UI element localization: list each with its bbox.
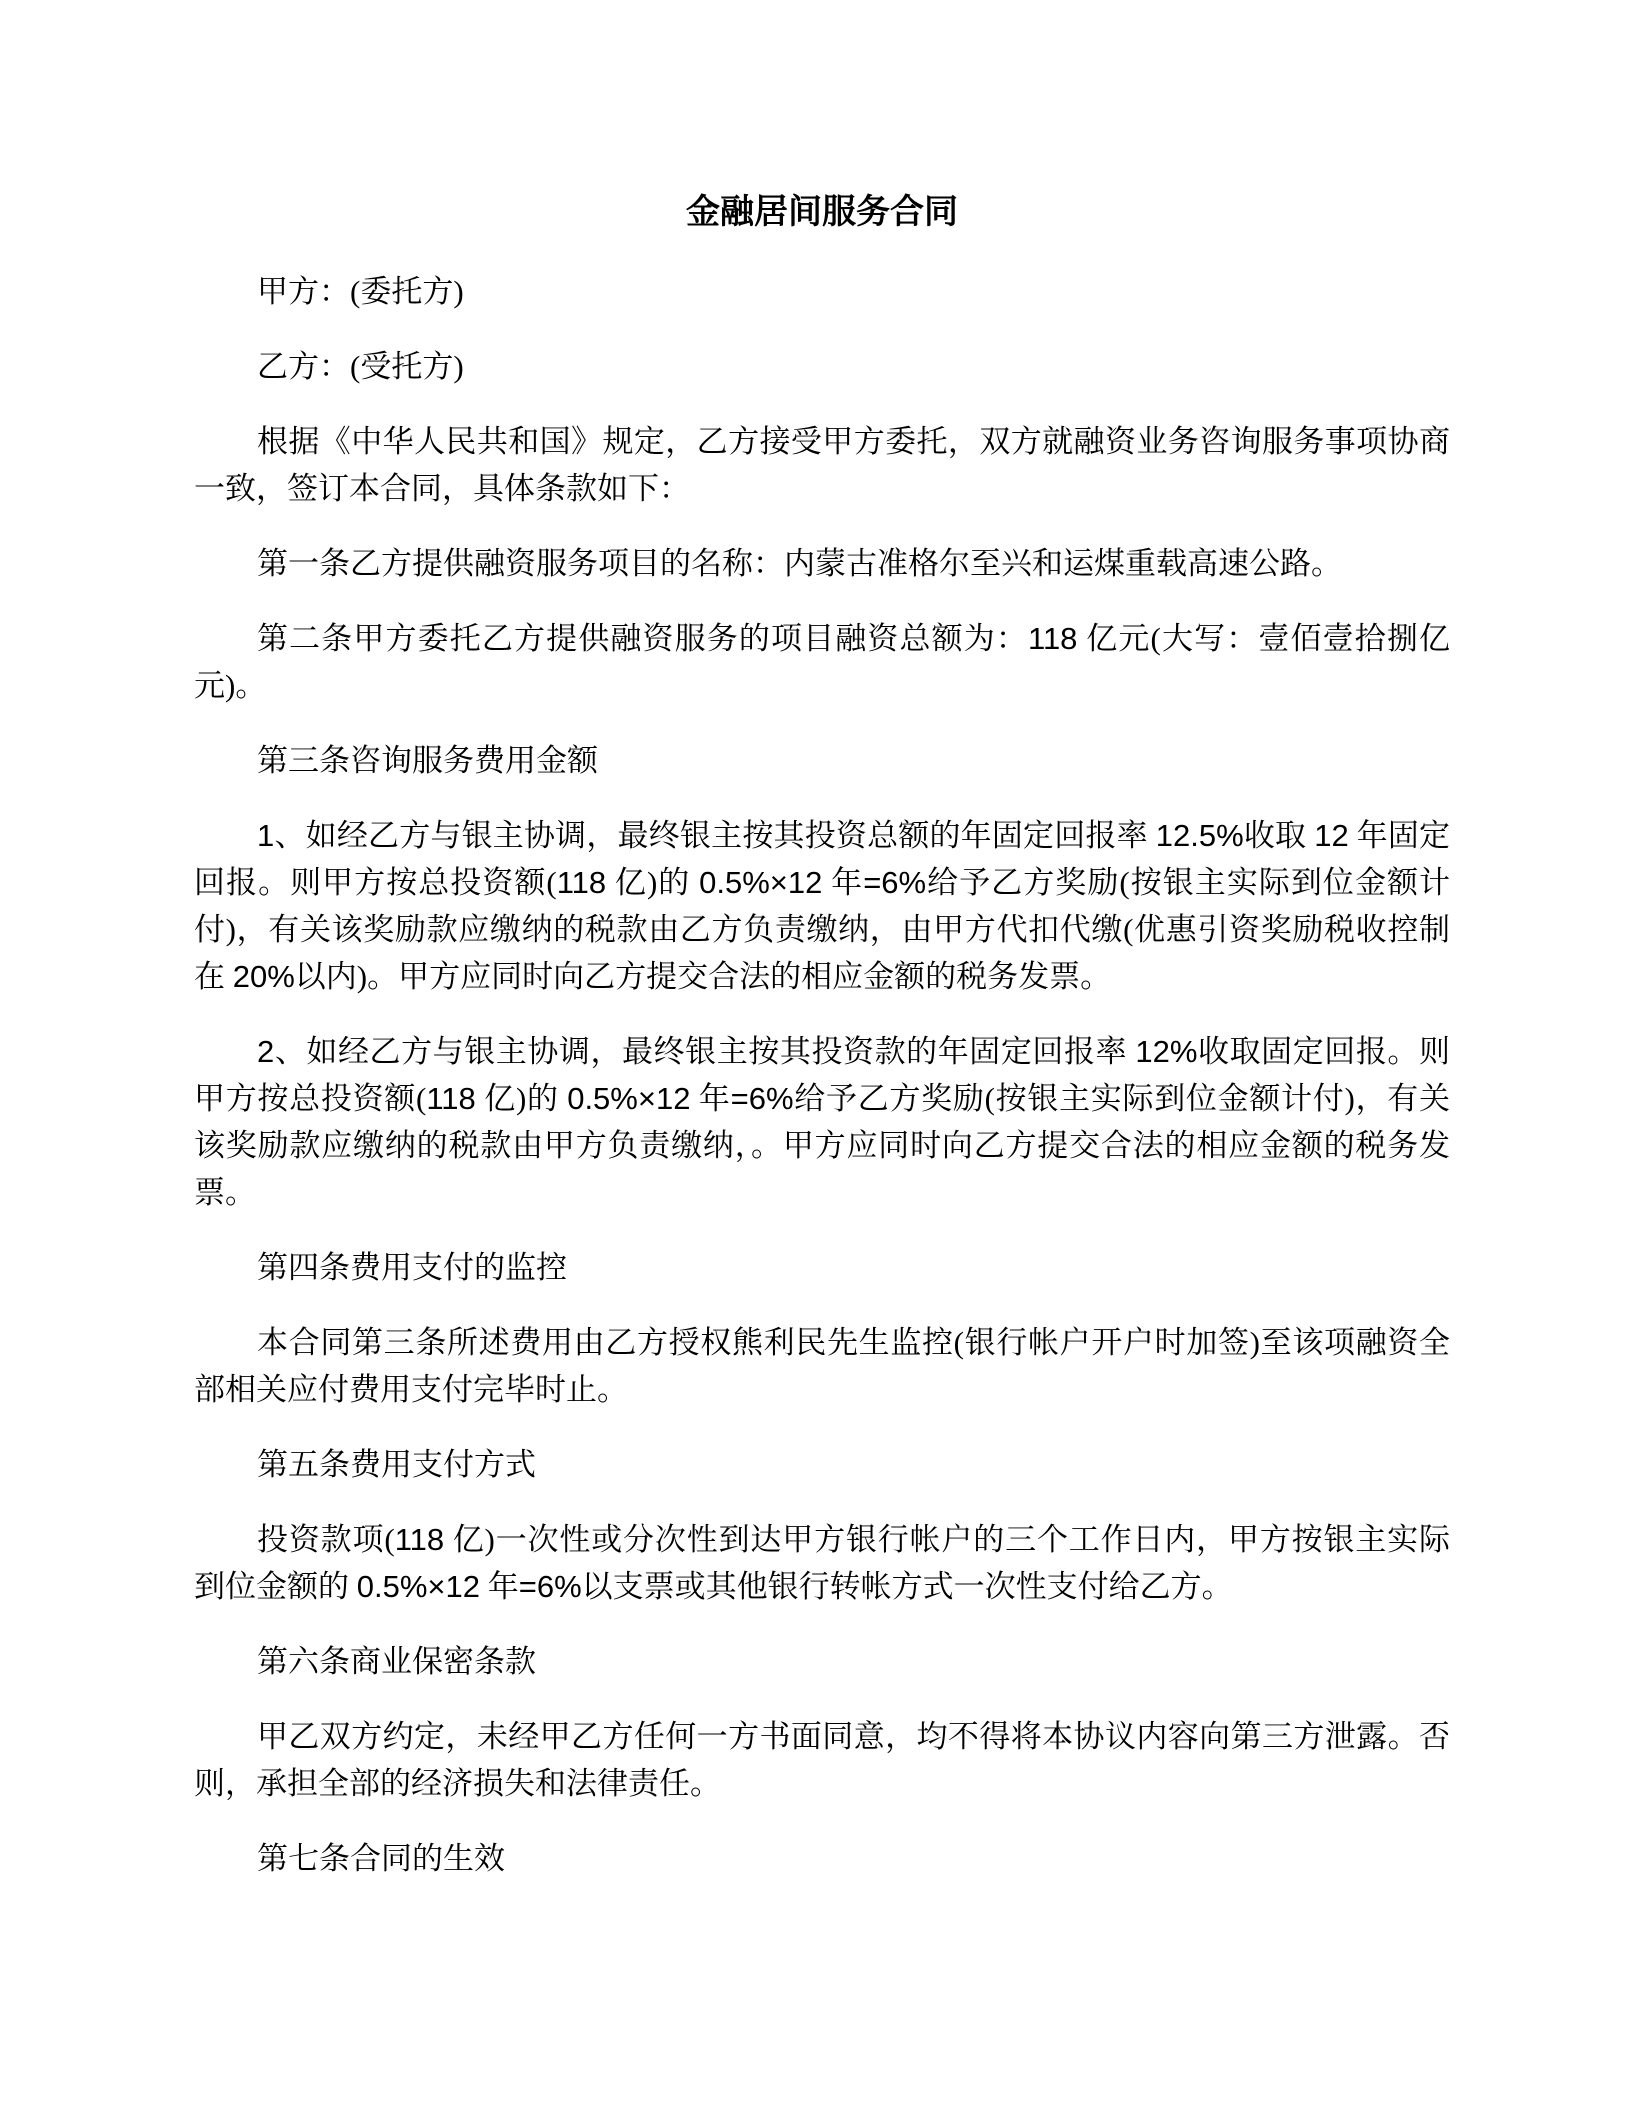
numeric-text: =6% <box>519 1569 582 1604</box>
numeric-text: 118 <box>426 1081 475 1116</box>
paragraph: 第七条合同的生效 <box>194 1835 1450 1882</box>
paragraph: 2、如经乙方与银主协调，最终银主按其投资款的年固定回报率 12%收取固定回报。则… <box>194 1028 1450 1216</box>
numeric-text: 12.5% <box>1156 818 1244 853</box>
numeric-text: 0.5%×12 <box>567 1081 690 1116</box>
paragraph: 本合同第三条所述费用由乙方授权熊利民先生监控(银行帐户开户时加签)至该项融资全部… <box>194 1319 1450 1413</box>
numeric-text: 2 <box>257 1034 274 1069</box>
numeric-text: 0.5%×12 <box>699 865 822 900</box>
paragraph: 第五条费用支付方式 <box>194 1441 1450 1488</box>
numeric-text: 118 <box>395 1522 444 1557</box>
numeric-text: 1 <box>257 818 274 853</box>
numeric-text: 20% <box>233 959 295 994</box>
document-title: 金融居间服务合同 <box>194 190 1450 234</box>
document-page: 金融居间服务合同 甲方：(委托方)乙方：(受托方)根据《中华人民共和国》规定，乙… <box>0 0 1632 2112</box>
paragraph: 乙方：(受托方) <box>194 343 1450 390</box>
paragraph: 第四条费用支付的监控 <box>194 1244 1450 1291</box>
numeric-text: 12 <box>1314 818 1348 853</box>
numeric-text: 118 <box>557 865 606 900</box>
paragraph: 根据《中华人民共和国》规定，乙方接受甲方委托，双方就融资业务咨询服务事项协商一致… <box>194 418 1450 512</box>
paragraph: 1、如经乙方与银主协调，最终银主按其投资总额的年固定回报率 12.5%收取 12… <box>194 812 1450 1000</box>
paragraph: 投资款项(118 亿)一次性或分次性到达甲方银行帐户的三个工作日内，甲方按银主实… <box>194 1516 1450 1610</box>
paragraph: 第六条商业保密条款 <box>194 1638 1450 1685</box>
paragraph: 第二条甲方委托乙方提供融资服务的项目融资总额为：118 亿元(大写：壹佰壹拾捌亿… <box>194 615 1450 709</box>
paragraph: 第一条乙方提供融资服务项目的名称：内蒙古准格尔至兴和运煤重载高速公路。 <box>194 540 1450 587</box>
document-body: 甲方：(委托方)乙方：(受托方)根据《中华人民共和国》规定，乙方接受甲方委托，双… <box>194 268 1450 1882</box>
numeric-text: 0.5%×12 <box>357 1569 480 1604</box>
paragraph: 甲方：(委托方) <box>194 268 1450 315</box>
numeric-text: 118 <box>1028 621 1077 656</box>
numeric-text: =6% <box>863 865 926 900</box>
paragraph: 甲乙双方约定，未经甲乙方任何一方书面同意，均不得将本协议内容向第三方泄露。否则，… <box>194 1713 1450 1807</box>
paragraph: 第三条咨询服务费用金额 <box>194 737 1450 784</box>
numeric-text: =6% <box>731 1081 794 1116</box>
numeric-text: 12% <box>1135 1034 1197 1069</box>
